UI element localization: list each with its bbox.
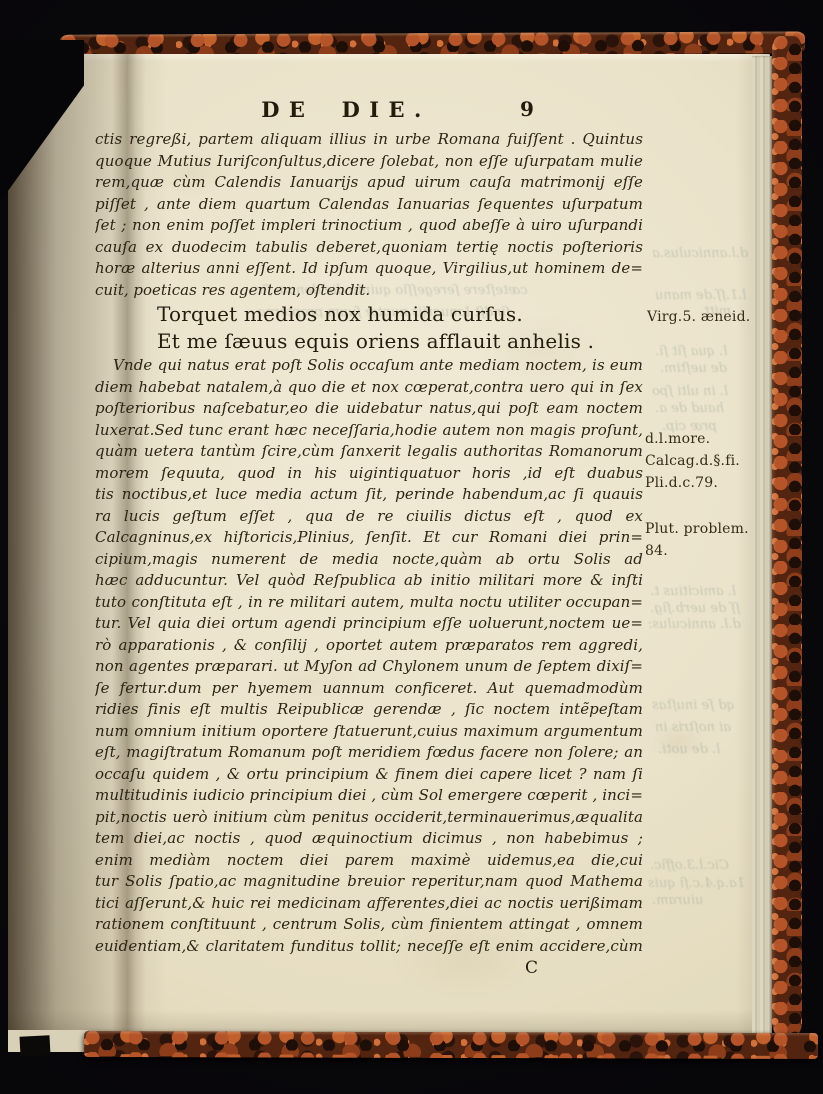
paragraph-2: diem habebat natalem,à quo die et nox cœ… — [95, 377, 643, 958]
text-line: Vnde qui natus erat poſt Solis occaſum a… — [95, 355, 643, 377]
margin-note-virgil: Virg.5. æneid. — [647, 306, 750, 328]
margin-note-plutarch: Plut. problem.84. — [645, 518, 749, 562]
verse-quote: Torquet medios nox humida curſus.Et me ſ… — [95, 301, 643, 355]
text-line: ſe fertur.dum per hyemem uannum conficer… — [95, 678, 643, 700]
page-text-block: DE DIE. 9 ctis regreßi, partem aliquam i… — [95, 97, 643, 979]
text-line: diem habebat natalem,à quo die et nox cœ… — [95, 377, 643, 399]
text-line: ridies finis eſt multis Reipublicæ geren… — [95, 699, 643, 721]
text-line: ſet ; non enim poſſet impleri trinoctium… — [95, 215, 643, 237]
text-line: quàm uetera tantùm ſcire,cùm ſanxerit le… — [95, 441, 643, 463]
text-line: morem ſequuta, quod in his uigintiquatuo… — [95, 463, 643, 485]
catchword: C — [95, 957, 643, 979]
book-bottom-cover-edge — [84, 1031, 818, 1059]
paragraph-1: ctis regreßi, partem aliquam illius in u… — [95, 129, 643, 280]
margin-note-line: Pli.d.c.79. — [645, 472, 740, 494]
text-line: tuto conſtituta eſt , in re militari aut… — [95, 592, 643, 614]
text-line: euidentiam,& claritatem funditus tollit;… — [95, 936, 643, 958]
verse-line: Torquet medios nox humida curſus. — [95, 301, 643, 328]
text-line: cipium,magis numerent de media nocte,quà… — [95, 549, 643, 571]
text-line: tem diei,ac noctis , quod æquinoctium di… — [95, 828, 643, 850]
text-line: tis noctibus,et luce media actum ſit, pe… — [95, 484, 643, 506]
text-line: non agentes præparari. ut Myſon ad Chylo… — [95, 656, 643, 678]
text-line: tici aſſerunt,& huic rei medicinam affer… — [95, 893, 643, 915]
text-line: num omnium initium oportere ſtatuerunt,c… — [95, 721, 643, 743]
margin-note-line: Plut. problem. — [645, 518, 749, 540]
text-line: luxerat.Sed tunc erant hæc neceſſaria,ho… — [95, 420, 643, 442]
margin-note-line: 84. — [645, 540, 749, 562]
book-photo: d.l.anniculus.al.1.ſſ.de manumitt.l. qua… — [0, 0, 823, 1094]
text-line: multitudinis iudicio principium diei , c… — [95, 785, 643, 807]
text-line: eſt, magiſtratum Romanum poſt meridiem f… — [95, 742, 643, 764]
text-line: piſſet , ante diem quartum Calendas Ianu… — [95, 194, 643, 216]
verse-line: Et me ſæuus equis oriens afflauit anheli… — [95, 328, 643, 355]
text-line: hæc adducuntur. Vel quòd Reſpublica ab i… — [95, 570, 643, 592]
text-line: rem,quæ cùm Calendis Ianuarijs apud uiru… — [95, 172, 643, 194]
margin-note-line: Calcag.d.§.fi. — [645, 450, 740, 472]
text-line: tur. Vel quia diei ortum agendi principi… — [95, 613, 643, 635]
text-line: pit,noctis uerò initium cùm penitus occi… — [95, 807, 643, 829]
text-line: cauſa ex duodecim tabulis deberet,quonia… — [95, 237, 643, 259]
text-line: horæ alterius anni eſſent. Id ipſum quoq… — [95, 258, 643, 280]
text-line: ra lucis geſtum eſſet , qua de re ciuili… — [95, 506, 643, 528]
text-line: Calcagninus,ex hiſtoricis,Plinius, ſenſi… — [95, 527, 643, 549]
text-line: quoque Mutius Iuriſconſultus,dicere ſole… — [95, 151, 643, 173]
book-right-cover-edge — [772, 36, 802, 1036]
text-line: rò apparationis , & conſilij , oportet a… — [95, 635, 643, 657]
text-line: rationem conſtituunt , centrum Solis, cù… — [95, 914, 643, 936]
margin-note-line: Virg.5. æneid. — [647, 306, 750, 328]
text-line: enim mediàm noctem diei parem maximè uid… — [95, 850, 643, 872]
text-line: tur Solis ſpatio,ac magnitudine breuior … — [95, 871, 643, 893]
running-header: DE DIE. 9 — [95, 97, 643, 129]
margin-note-legal-citations: d.l.more.Calcag.d.§.fi.Pli.d.c.79. — [645, 428, 740, 494]
book-top-cover-edge — [60, 31, 805, 56]
text-line: occaſu quidem , & ortu principium & fine… — [95, 764, 643, 786]
margin-note-line: d.l.more. — [645, 428, 740, 450]
page-number: 9 — [520, 97, 534, 121]
text-line: poſterioribus naſcebatur,eo die uidebatu… — [95, 398, 643, 420]
text-line: cuit, poeticas res agentem, oſtendit. — [95, 280, 643, 302]
running-title: DE DIE. — [261, 97, 431, 122]
page-fore-edges — [752, 56, 772, 1034]
page-bottom-notch — [19, 1035, 50, 1057]
text-line: ctis regreßi, partem aliquam illius in u… — [95, 129, 643, 151]
